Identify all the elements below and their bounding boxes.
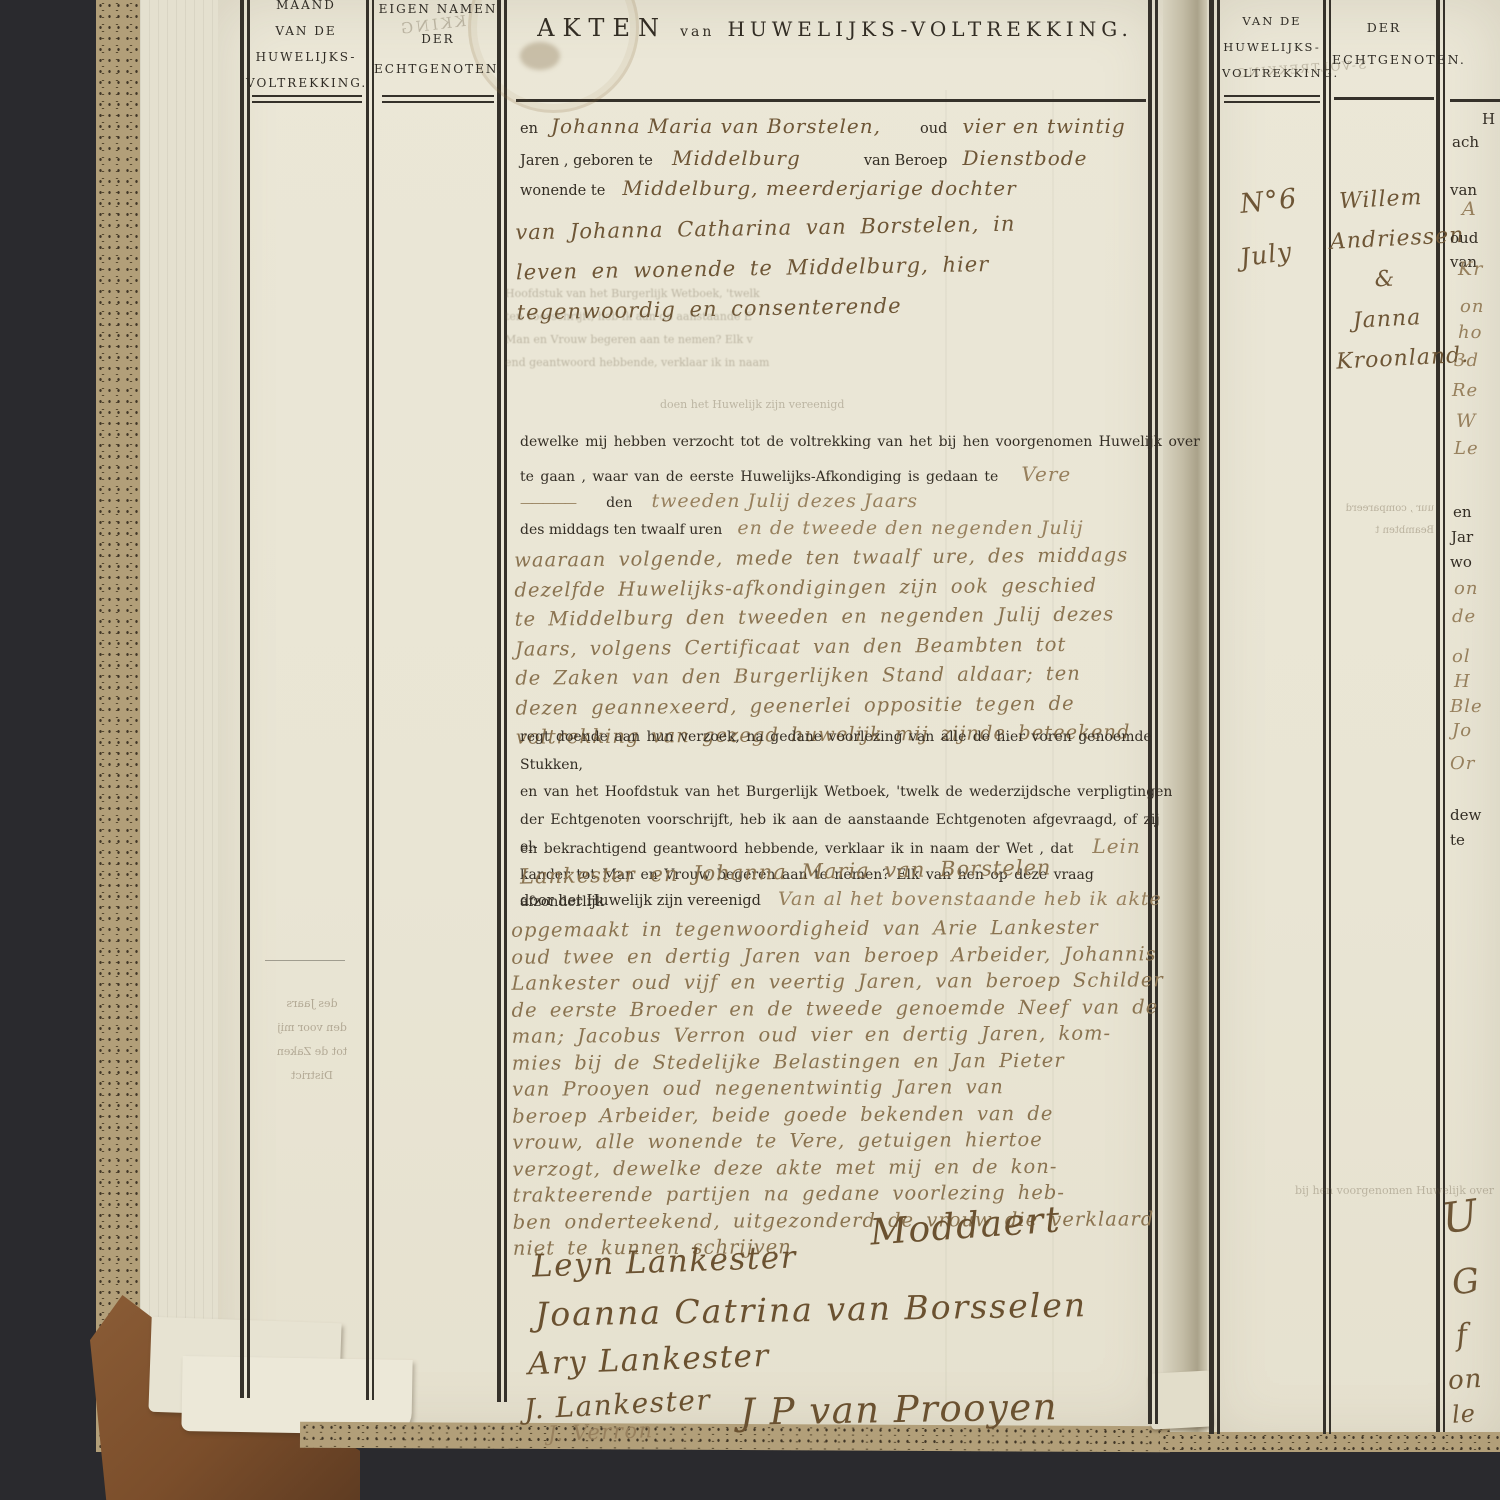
handwritten-flourish: le — [1451, 1399, 1477, 1429]
bleedthrough-margin-note: des Jaars den voor mij tot de Zaken Dist… — [262, 992, 362, 1088]
printed-text: van Beroep — [864, 153, 948, 169]
page-title-van: van — [680, 24, 714, 40]
handwritten-text: Lein — [1092, 834, 1140, 858]
book-bottom-edge-right — [1160, 1432, 1500, 1452]
act-number: N°6 — [1239, 183, 1299, 220]
printed-text: oud — [920, 121, 947, 137]
handwritten-fragment: H — [1454, 671, 1471, 692]
printed-text: te gaan , waar van de eerste Huwelijks-A… — [520, 469, 998, 485]
column-rule — [366, 0, 369, 1400]
printed-text: Jaren , geboren te — [520, 153, 653, 169]
handwritten-flourish: U — [1439, 1190, 1482, 1244]
handwritten-text: vier en twintig — [962, 114, 1125, 138]
column-rule — [247, 0, 250, 1398]
header-rule — [1224, 101, 1320, 103]
handwritten-fragment: A — [1462, 198, 1477, 220]
header-rule — [516, 99, 1146, 102]
handwritten-fragment: Le — [1454, 438, 1479, 459]
handwritten-block-1: waaraan volgende, mede ten twaalf ure, d… — [514, 540, 1131, 752]
bleedthrough-rule — [265, 960, 345, 961]
printed-fragment: en — [1453, 503, 1472, 521]
column-rule — [372, 0, 374, 1400]
gutter-fold — [1149, 1370, 1214, 1429]
column-header-month: MAAND VAN DE HUWELIJKS- VOLTREKKING. — [246, 0, 366, 96]
handwritten-text: en de tweede den negenden Julij — [737, 517, 1083, 539]
act-paragraph-2-line-2: te gaan , waar van de eerste Huwelijks-A… — [520, 462, 1071, 486]
column-header-names: EIGEN NAMEN DER ECHTGENOTEN. — [374, 0, 502, 84]
bleedthrough-note-right: uur , compareerd Beambten t — [1338, 498, 1434, 542]
column-rule — [1209, 0, 1214, 1434]
page-title: AKTEN van HUWELIJKS-VOLTREKKING. — [530, 14, 1140, 42]
handwritten-fragment: on — [1460, 296, 1484, 317]
column-rule — [1323, 0, 1326, 1434]
handwritten-fragment: ho — [1458, 322, 1482, 343]
printed-fragment: Jar — [1451, 528, 1473, 546]
printed-fragment: te — [1450, 831, 1465, 849]
printed-fragment: dew — [1450, 806, 1481, 824]
handwritten-text: tweeden Julij dezes Jaars — [651, 490, 918, 512]
printed-fragment: van — [1450, 181, 1477, 199]
printed-text: en — [520, 121, 538, 137]
handwritten-fragment: ol — [1452, 646, 1471, 667]
handwritten-fragment: de — [1452, 606, 1476, 627]
handwritten-fragment: Or — [1450, 753, 1475, 774]
bleedthrough-line: doen het Huwelijk zijn vereenigd — [660, 398, 844, 411]
signature-jp-van-prooyen: J P van Prooyen — [740, 1385, 1059, 1434]
column-rule — [1217, 0, 1220, 1434]
column-rule — [1436, 0, 1440, 1432]
handwritten-text: Vere — [1021, 462, 1071, 486]
handwritten-flourish: G — [1450, 1261, 1482, 1304]
handwritten-text: Johanna Maria van Borstelen, — [551, 114, 881, 138]
act-paragraph-3-line-5: en bekrachtigend geantwoord hebbende, ve… — [520, 834, 1141, 858]
header-rule — [1334, 97, 1434, 100]
printed-fragment: wo — [1450, 553, 1472, 571]
spouse-names: Willem Andriessen & Janna Kroonland. — [1327, 177, 1443, 382]
act-paragraph-1-line-1: en Johanna Maria van Borstelen, oud vier… — [520, 114, 1126, 138]
ink-stamp-blotch — [520, 42, 560, 70]
page-title-akten: AKTEN — [537, 14, 667, 42]
column-rule — [504, 0, 507, 1402]
printed-text: wonende te — [520, 183, 605, 199]
printed-fragment: H — [1482, 110, 1495, 128]
bleedthrough-paragraph: Hoofdstuk van het Burgerlijk Wetboek, 't… — [505, 282, 825, 374]
book-gutter — [1163, 0, 1207, 1443]
column-rule — [497, 0, 501, 1402]
book-left-deckle-edge — [96, 0, 142, 1452]
printed-fragment: oud — [1450, 229, 1478, 247]
handwritten-flourish: on — [1447, 1364, 1483, 1396]
signature-j-verron: J. Verron — [548, 1418, 654, 1446]
handwritten-fragment: Ble — [1450, 696, 1483, 717]
page-title-rest: HUWELIJKS-VOLTREKKING. — [727, 17, 1132, 41]
page-stack-left — [140, 0, 220, 1440]
handwritten-text: Middelburg — [672, 146, 801, 170]
act-paragraph-1-line-2: Jaren , geboren te Middelburg van Beroep… — [520, 146, 1087, 170]
printed-text: en bekrachtigend geantwoord hebbende, ve… — [520, 841, 1073, 857]
document-scan: MAAND VAN DE HUWELIJKS- VOLTREKKING. EIG… — [0, 0, 1500, 1500]
handwritten-fragment: Jo — [1452, 720, 1472, 741]
handwritten-text: Dienstbode — [962, 146, 1087, 170]
header-rule — [1224, 95, 1320, 97]
header-rule — [382, 95, 494, 97]
act-paragraph-2-line-3: ————— den tweeden Julij dezes Jaars — [520, 490, 918, 512]
column-rule — [240, 0, 244, 1398]
handwritten-fragment: Kr — [1458, 258, 1483, 280]
handwritten-block-2: opgemaakt in tegenwoordigheid van Arie L… — [511, 900, 1165, 1262]
act-paragraph-2-line-1: dewelke mij hebben verzocht tot de voltr… — [520, 434, 1200, 450]
printed-text: des middags ten twaalf uren — [520, 522, 722, 538]
handwritten-fragment: 3d — [1454, 350, 1479, 371]
handwritten-dash: ————— — [520, 496, 575, 511]
handwritten-fragment: Re — [1452, 380, 1478, 401]
handwritten-fragment: on — [1454, 578, 1478, 599]
handwritten-text: Middelburg, meerderjarige dochter — [622, 176, 1016, 200]
header-rule — [1450, 99, 1500, 102]
handwritten-fragment: W — [1456, 410, 1477, 432]
header-rule — [382, 101, 494, 103]
header-rule — [252, 101, 362, 103]
act-paragraph-1-line-3: wonende te Middelburg, meerderjarige doc… — [520, 176, 1017, 200]
printed-text: den — [606, 495, 632, 511]
act-paragraph-2-line-4: des middags ten twaalf uren en de tweede… — [520, 517, 1084, 539]
printed-fragment: ach — [1452, 133, 1479, 151]
